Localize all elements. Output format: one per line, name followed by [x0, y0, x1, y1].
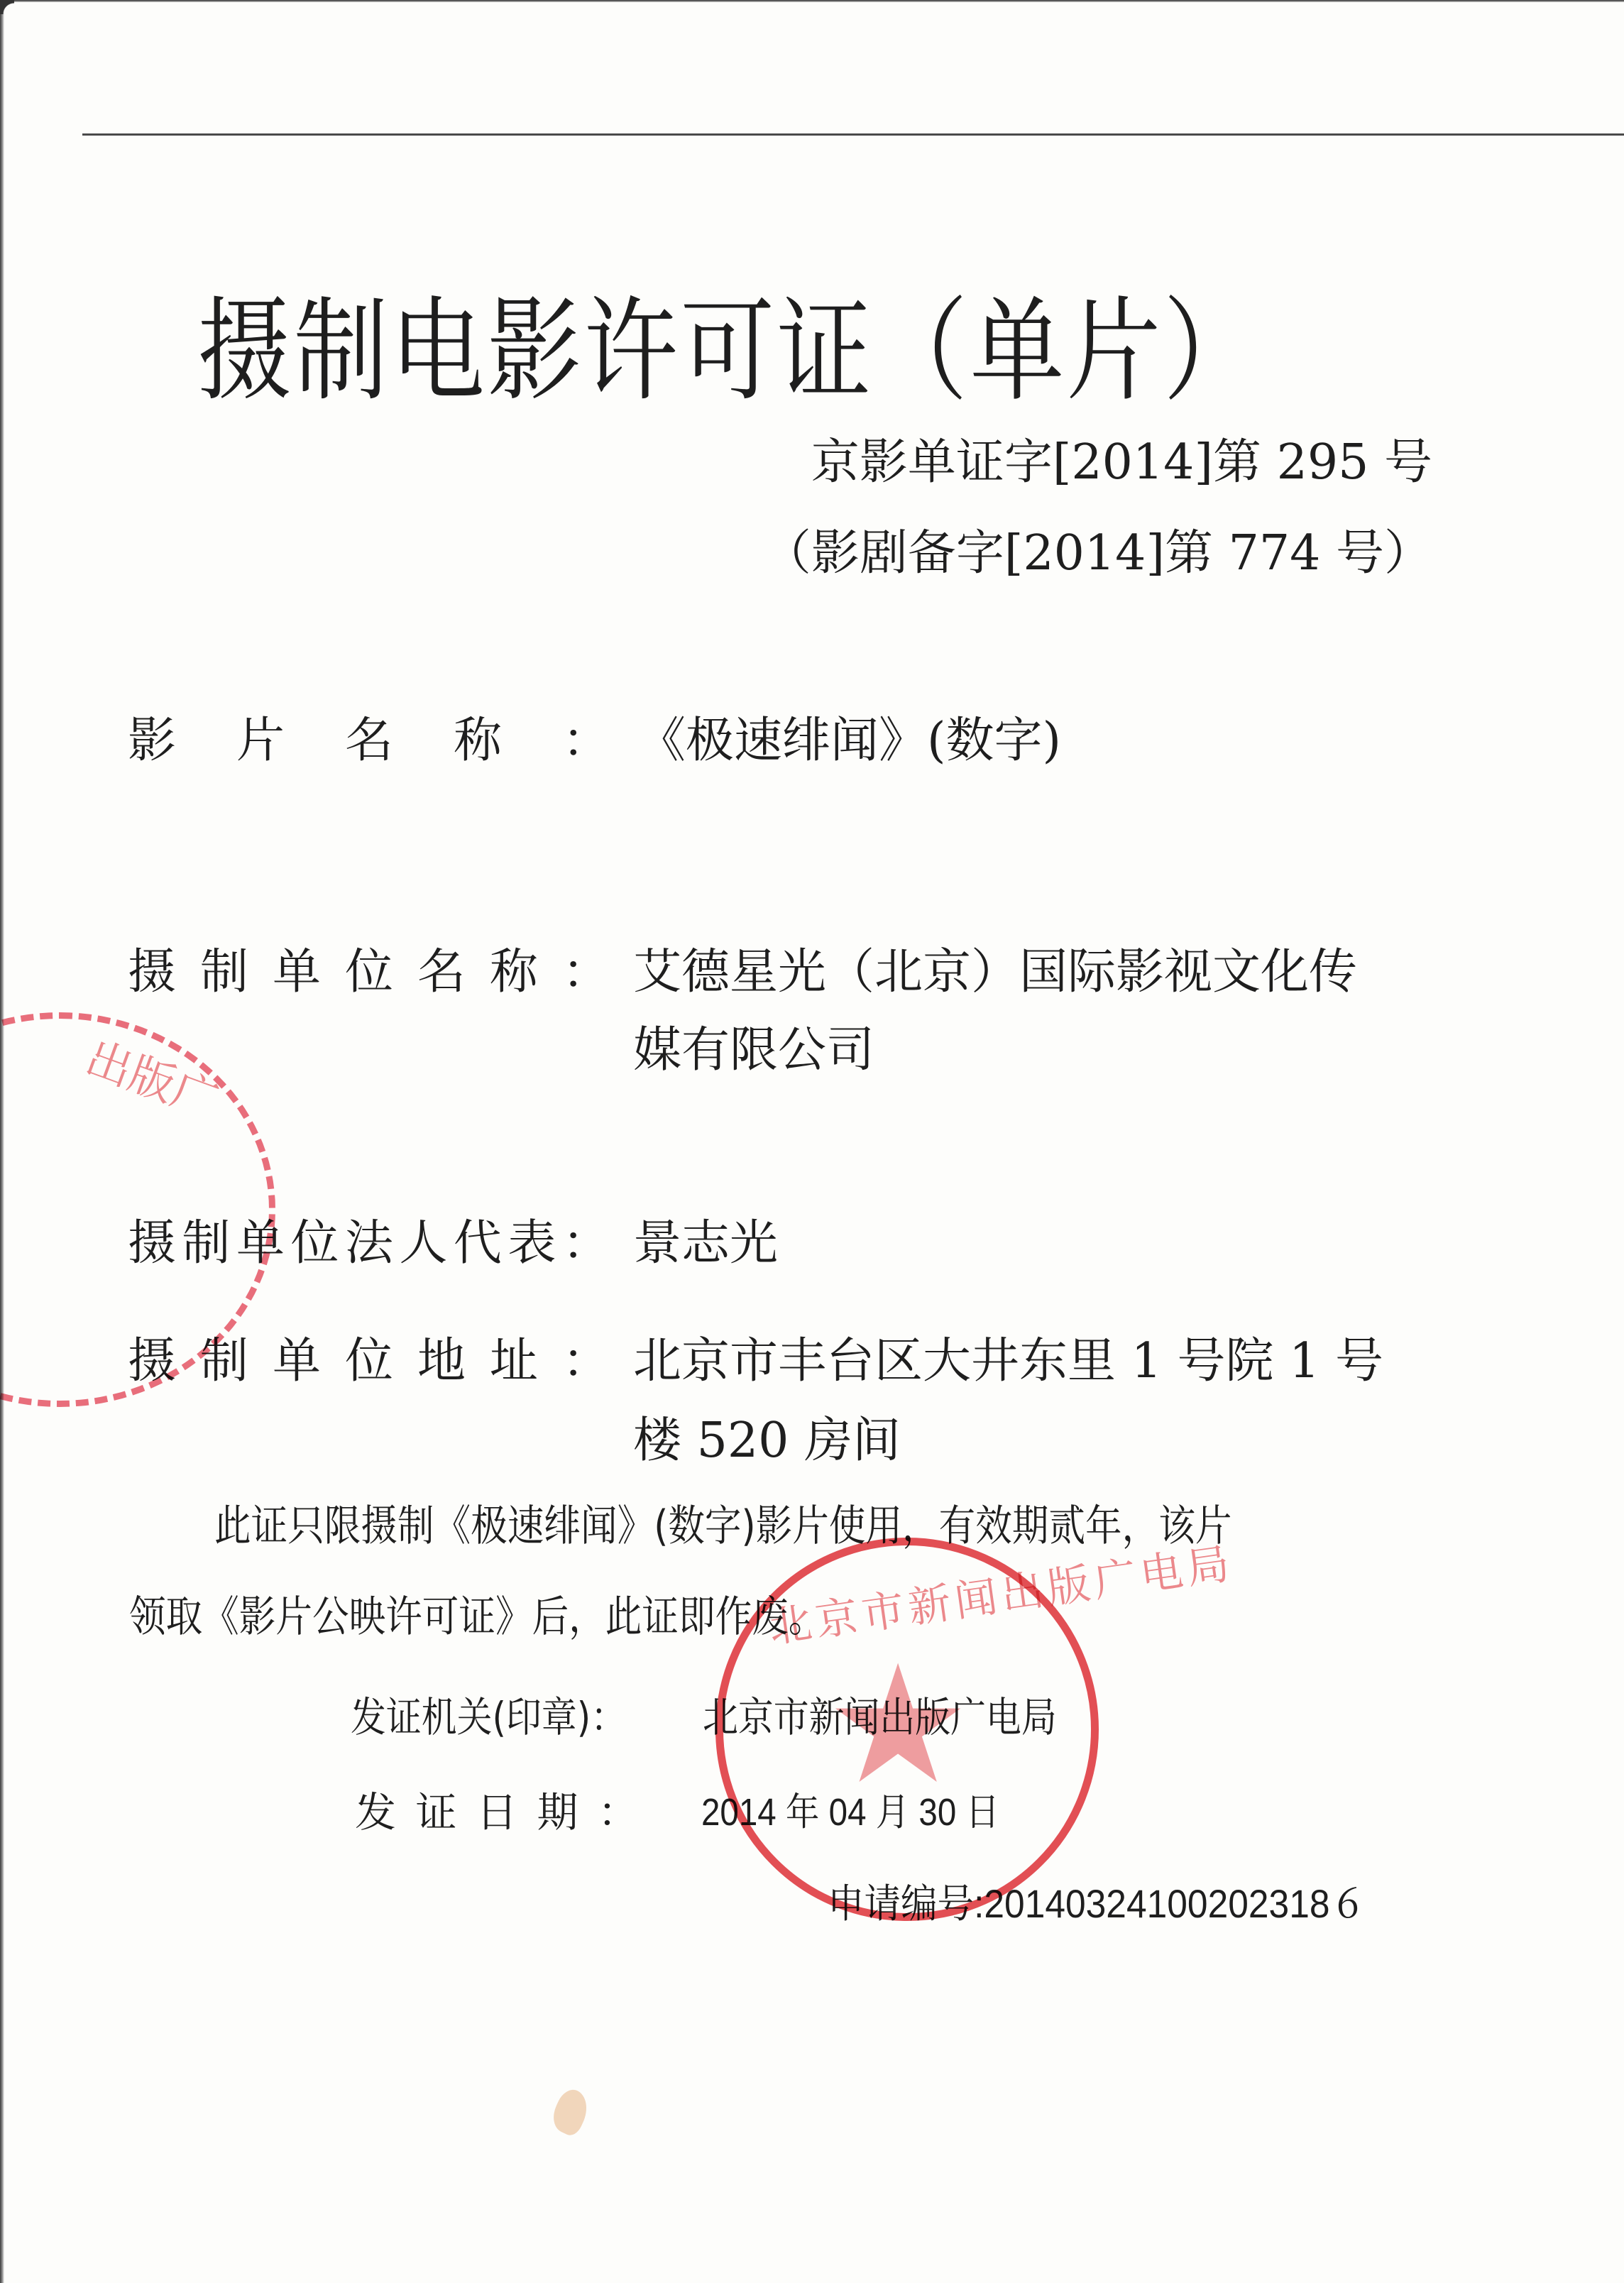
label-char: ：	[562, 944, 610, 1001]
issue-date-label: 发 证 日 期 ：	[355, 1787, 639, 1837]
label-char: 制	[182, 1215, 230, 1272]
scan-edge-left	[0, 0, 4, 2283]
label-char: ：	[562, 1333, 610, 1390]
label-char: 制	[200, 944, 248, 1001]
label-char: 名	[417, 944, 466, 1001]
header-rule	[82, 133, 1624, 136]
side-seal-text: 出版广	[78, 1022, 229, 1130]
label-char: 摄	[128, 1333, 176, 1390]
label-char: 单	[236, 1215, 285, 1272]
label-char: 证	[415, 1787, 456, 1837]
label-char: 单	[273, 944, 321, 1001]
company-address-value-line1: 北京市丰台区大井东里 1 号院 1 号	[633, 1333, 1383, 1390]
label-char: 人	[399, 1215, 447, 1272]
label-char: 摄	[128, 944, 176, 1001]
label-char: 制	[200, 1333, 248, 1390]
issuer-value: 北京市新闻出版广电局	[703, 1692, 1057, 1742]
company-address-label: 摄 制 单 位 地 址 ：	[128, 1333, 610, 1390]
label-char: 表	[507, 1215, 556, 1272]
label-char: 位	[290, 1215, 339, 1272]
label-char: 发	[355, 1787, 396, 1837]
production-company-value-line1: 艾德星光（北京）国际影视文化传	[633, 944, 1357, 1001]
label-char: ：	[598, 1787, 639, 1837]
production-company-value-line2: 媒有限公司	[633, 1022, 874, 1079]
label-char: 摄	[128, 1215, 176, 1272]
label-char: ：	[562, 713, 610, 770]
reference-number: 京影单证字[2014]第 295 号	[811, 434, 1432, 491]
legal-representative-label: 摄 制 单 位 法 人 代 表 ：	[128, 1215, 610, 1272]
legal-representative-value: 景志光	[633, 1215, 778, 1272]
label-char: 影	[128, 713, 176, 770]
label-char: 单	[273, 1333, 321, 1390]
document-title: 摄制电影许可证（单片）	[197, 291, 1260, 412]
filing-number: （影剧备字[2014]第 774 号）	[763, 525, 1432, 582]
production-company-label: 摄 制 单 位 名 称 ：	[128, 944, 610, 1001]
company-address-value-line2: 楼 520 房间	[633, 1413, 901, 1469]
label-char: 位	[345, 944, 393, 1001]
scan-edge-top	[0, 0, 1624, 2]
film-name-value: 《极速绯闻》(数字)	[637, 713, 1061, 770]
label-char: 片	[236, 713, 285, 770]
label-char: 名	[345, 713, 393, 770]
label-char: 称	[490, 944, 538, 1001]
label-char: 代	[454, 1215, 502, 1272]
scan-corner	[0, 0, 14, 14]
scan-smudge	[547, 2086, 594, 2139]
issuer-label: 发证机关(印章)：	[351, 1692, 626, 1742]
label-char: 期	[537, 1787, 578, 1837]
label-char: 址	[490, 1333, 538, 1390]
label-char: ：	[562, 1215, 610, 1272]
label-char: 法	[345, 1215, 393, 1272]
label-char: 地	[417, 1333, 466, 1390]
film-name-label: 影 片 名 称 ：	[128, 713, 610, 770]
validity-notice-line2: 领取《影片公映许可证》后，此证即作废。	[129, 1592, 825, 1643]
issue-date-value: 2014 年 04 月 30 日	[701, 1789, 999, 1836]
application-number: 申请编号:20140324100202318６	[828, 1880, 1366, 1928]
label-char: 位	[345, 1333, 393, 1390]
label-char: 日	[476, 1787, 517, 1837]
label-char: 称	[454, 713, 502, 770]
validity-notice-line1: 此证只限摄制《极速绯闻》(数字)影片使用，有效期贰年，该片	[214, 1501, 1231, 1552]
